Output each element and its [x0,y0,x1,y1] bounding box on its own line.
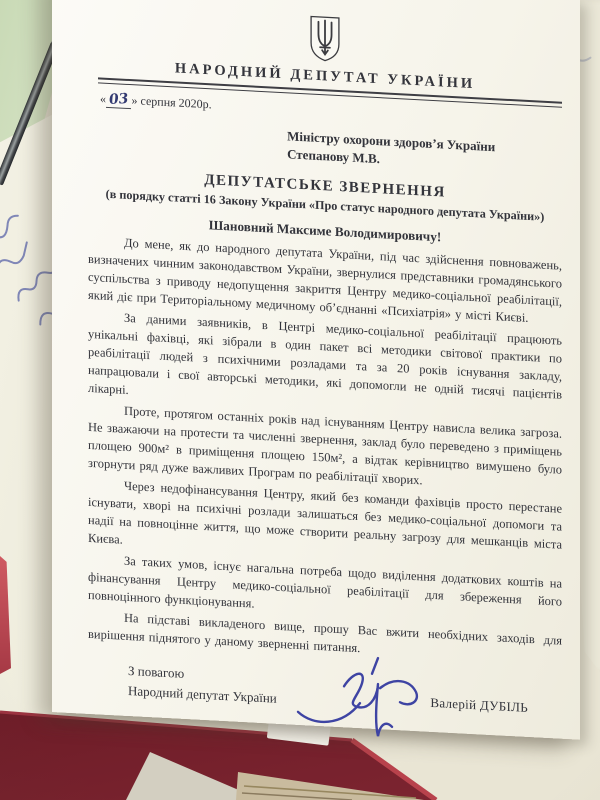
handwritten-day: 03 [108,92,129,107]
main-document-sheet: НАРОДНИЙ ДЕПУТАТ УКРАЇНИ «03» серпня 202… [52,0,580,740]
ukraine-trident-emblem-icon [307,13,343,65]
date-month-year: серпня 2020р. [140,94,211,112]
photo-of-document: НАРОДНИЙ ДЕПУТАТ УКРАЇНИ «03» серпня 202… [0,0,600,800]
signature-scribble [292,648,444,744]
addressee-block: Міністру охорони здоров’я України Степан… [287,127,562,178]
date-day-slot: 03 [106,92,131,109]
date-close-quote: » [131,93,137,107]
signer-name: Валерій ДУБІЛЬ [430,695,528,721]
letter-body: До мене, як до народного депутата Україн… [88,232,562,668]
closing-block: З повагою Народний депутат України Валер… [88,659,562,723]
closing-lines: З повагою Народний депутат України [128,661,277,708]
